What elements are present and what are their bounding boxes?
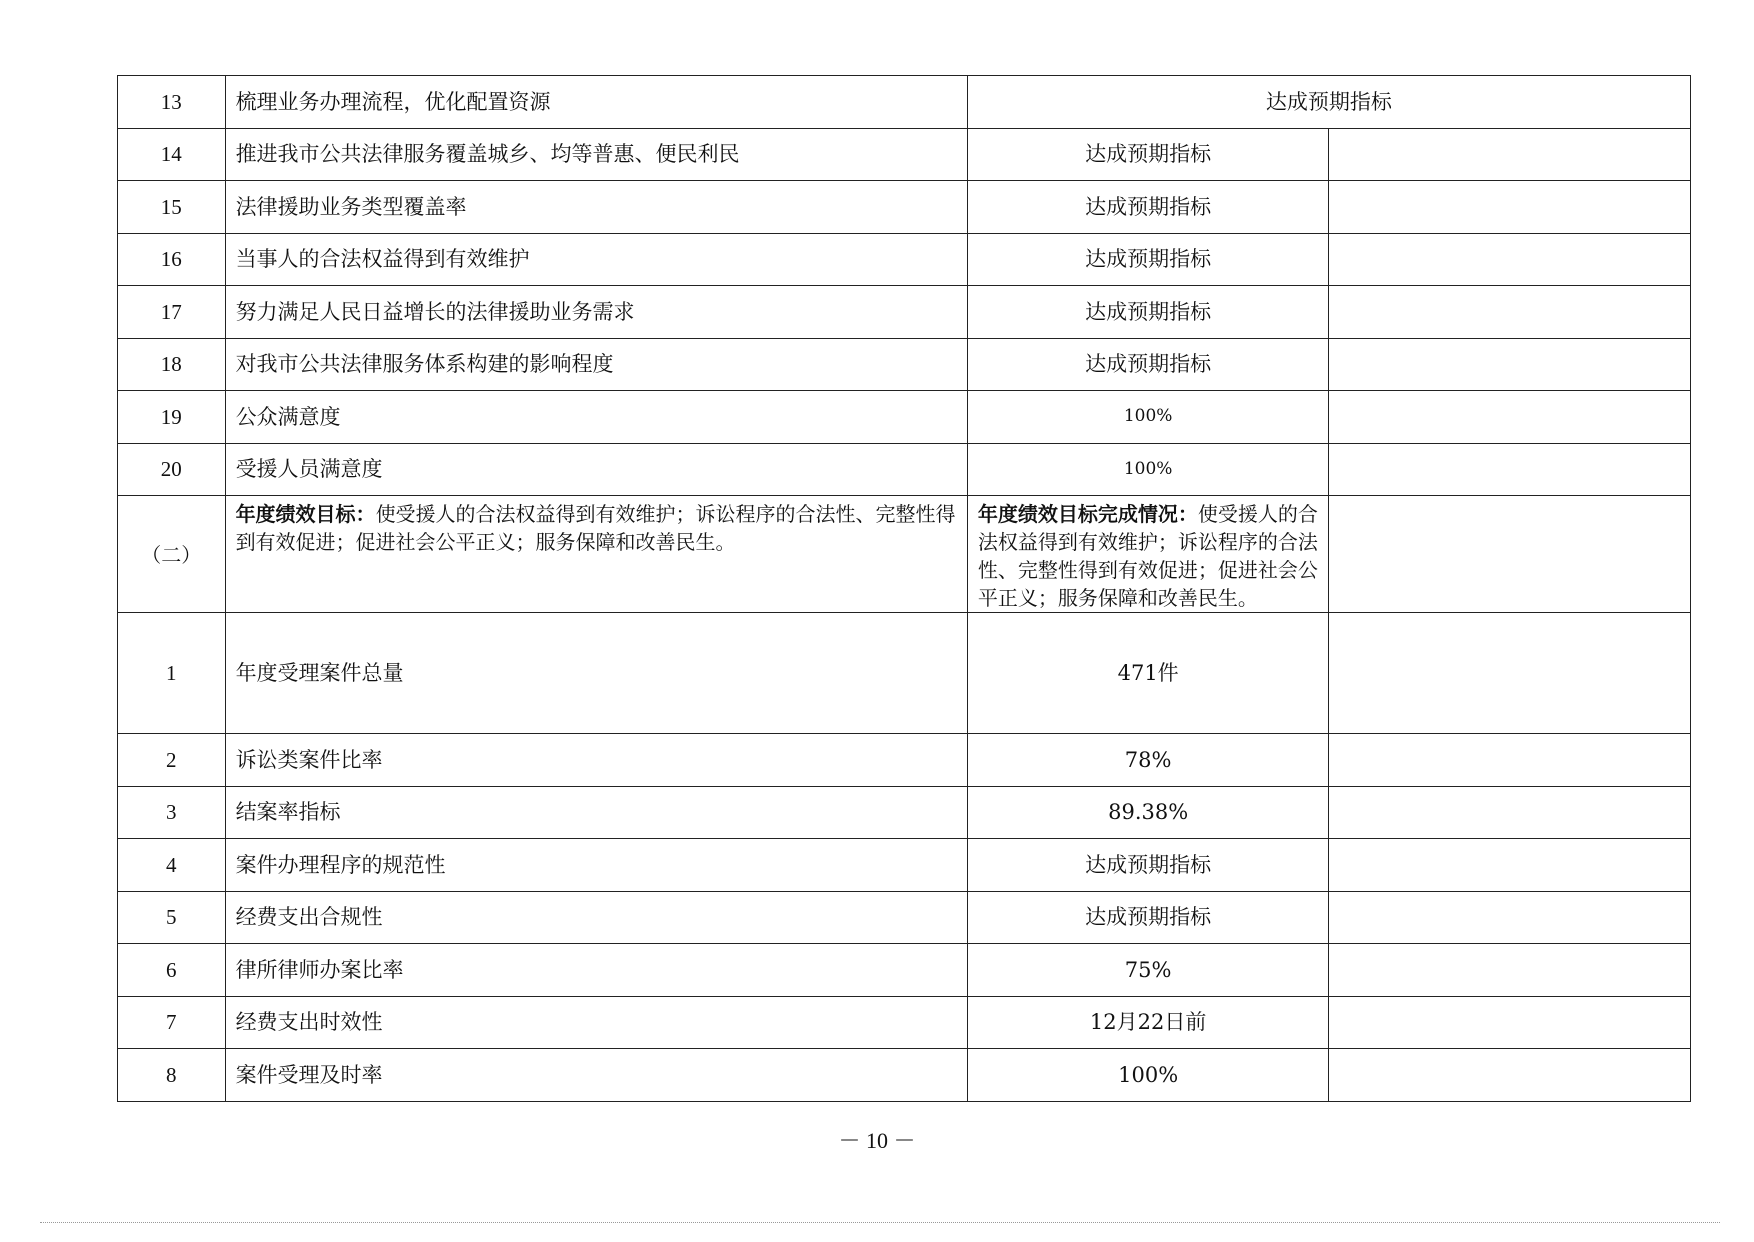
indicator-name: 受援人员满意度 — [225, 443, 967, 496]
row-number: 17 — [118, 286, 226, 339]
indicator-value: 达成预期指标 — [967, 286, 1329, 339]
goal-completion-label: 年度绩效目标完成情况： — [978, 502, 1198, 526]
indicator-name: 法律援助业务类型覆盖率 — [225, 181, 967, 234]
table-row: 19 公众满意度 100% — [118, 391, 1691, 444]
table-row: 15 法律援助业务类型覆盖率 达成预期指标 — [118, 181, 1691, 234]
row-number: 19 — [118, 391, 226, 444]
section-goal-row: （二） 年度绩效目标：使受援人的合法权益得到有效维护；诉讼程序的合法性、完整性得… — [118, 496, 1691, 613]
indicator-value: 达成预期指标 — [967, 233, 1329, 286]
indicator-value: 100% — [967, 391, 1329, 444]
blank-cell — [1329, 391, 1691, 444]
blank-cell — [1329, 443, 1691, 496]
blank-cell — [1329, 944, 1691, 997]
indicator-value: 达成预期指标 — [967, 891, 1329, 944]
row-number: 15 — [118, 181, 226, 234]
indicator-value: 471件 — [967, 613, 1329, 734]
blank-cell — [1329, 613, 1691, 734]
row-number: 8 — [118, 1049, 226, 1102]
indicator-value: 100% — [967, 443, 1329, 496]
table-row: 6 律所律师办案比率 75% — [118, 944, 1691, 997]
table-row: 4 案件办理程序的规范性 达成预期指标 — [118, 839, 1691, 892]
row-number: 13 — [118, 76, 226, 129]
annual-goal-label: 年度绩效目标： — [236, 502, 376, 526]
blank-cell — [1329, 233, 1691, 286]
table-row: 2 诉讼类案件比率 78% — [118, 734, 1691, 787]
blank-cell — [1329, 338, 1691, 391]
indicator-name: 案件办理程序的规范性 — [225, 839, 967, 892]
table-row: 20 受援人员满意度 100% — [118, 443, 1691, 496]
table-row: 17 努力满足人民日益增长的法律援助业务需求 达成预期指标 — [118, 286, 1691, 339]
indicator-name: 当事人的合法权益得到有效维护 — [225, 233, 967, 286]
table-row: 16 当事人的合法权益得到有效维护 达成预期指标 — [118, 233, 1691, 286]
table-row: 1 年度受理案件总量 471件 — [118, 613, 1691, 734]
indicator-name: 推进我市公共法律服务覆盖城乡、均等普惠、便民利民 — [225, 128, 967, 181]
row-number: 20 — [118, 443, 226, 496]
table-row: 8 案件受理及时率 100% — [118, 1049, 1691, 1102]
table-row: 18 对我市公共法律服务体系构建的影响程度 达成预期指标 — [118, 338, 1691, 391]
indicator-value: 达成预期指标 — [967, 128, 1329, 181]
row-number: 16 — [118, 233, 226, 286]
indicator-name: 年度受理案件总量 — [225, 613, 967, 734]
indicator-value: 达成预期指标 — [967, 181, 1329, 234]
indicator-value: 达成预期指标 — [967, 76, 1690, 129]
row-number: 4 — [118, 839, 226, 892]
indicator-value: 78% — [967, 734, 1329, 787]
blank-cell — [1329, 786, 1691, 839]
table-row: 7 经费支出时效性 12月22日前 — [118, 996, 1691, 1049]
indicator-value: 达成预期指标 — [967, 338, 1329, 391]
blank-cell — [1329, 128, 1691, 181]
row-number: 2 — [118, 734, 226, 787]
goal-completion-cell: 年度绩效目标完成情况：使受援人的合法权益得到有效维护；诉讼程序的合法性、完整性得… — [967, 496, 1329, 613]
blank-cell — [1329, 286, 1691, 339]
row-number: 14 — [118, 128, 226, 181]
blank-cell — [1329, 891, 1691, 944]
row-number: 3 — [118, 786, 226, 839]
blank-cell — [1329, 1049, 1691, 1102]
performance-indicator-table: 13 梳理业务办理流程，优化配置资源 达成预期指标 14 推进我市公共法律服务覆… — [117, 75, 1691, 1102]
annual-goal-cell: 年度绩效目标：使受援人的合法权益得到有效维护；诉讼程序的合法性、完整性得到有效促… — [225, 496, 967, 613]
row-number: 1 — [118, 613, 226, 734]
table-row: 13 梳理业务办理流程，优化配置资源 达成预期指标 — [118, 76, 1691, 129]
blank-cell — [1329, 496, 1691, 613]
indicator-value: 12月22日前 — [967, 996, 1329, 1049]
row-number: 18 — [118, 338, 226, 391]
blank-cell — [1329, 839, 1691, 892]
indicator-name: 案件受理及时率 — [225, 1049, 967, 1102]
indicator-name: 律所律师办案比率 — [225, 944, 967, 997]
blank-cell — [1329, 181, 1691, 234]
table-row: 14 推进我市公共法律服务覆盖城乡、均等普惠、便民利民 达成预期指标 — [118, 128, 1691, 181]
page-number: － 10 － — [0, 1124, 1754, 1155]
table-row: 5 经费支出合规性 达成预期指标 — [118, 891, 1691, 944]
indicator-name: 经费支出时效性 — [225, 996, 967, 1049]
indicator-value: 100% — [967, 1049, 1329, 1102]
indicator-name: 对我市公共法律服务体系构建的影响程度 — [225, 338, 967, 391]
indicator-value: 达成预期指标 — [967, 839, 1329, 892]
indicator-name: 经费支出合规性 — [225, 891, 967, 944]
indicator-name: 诉讼类案件比率 — [225, 734, 967, 787]
indicator-name: 梳理业务办理流程，优化配置资源 — [225, 76, 967, 129]
document-page: 13 梳理业务办理流程，优化配置资源 达成预期指标 14 推进我市公共法律服务覆… — [0, 0, 1754, 1242]
row-number: 6 — [118, 944, 226, 997]
section-number: （二） — [118, 496, 226, 613]
blank-cell — [1329, 996, 1691, 1049]
row-number: 5 — [118, 891, 226, 944]
blank-cell — [1329, 734, 1691, 787]
indicator-value: 75% — [967, 944, 1329, 997]
scan-artifact-divider — [40, 1222, 1720, 1224]
indicator-name: 结案率指标 — [225, 786, 967, 839]
table-row: 3 结案率指标 89.38% — [118, 786, 1691, 839]
indicator-value: 89.38% — [967, 786, 1329, 839]
indicator-name: 公众满意度 — [225, 391, 967, 444]
row-number: 7 — [118, 996, 226, 1049]
indicator-name: 努力满足人民日益增长的法律援助业务需求 — [225, 286, 967, 339]
